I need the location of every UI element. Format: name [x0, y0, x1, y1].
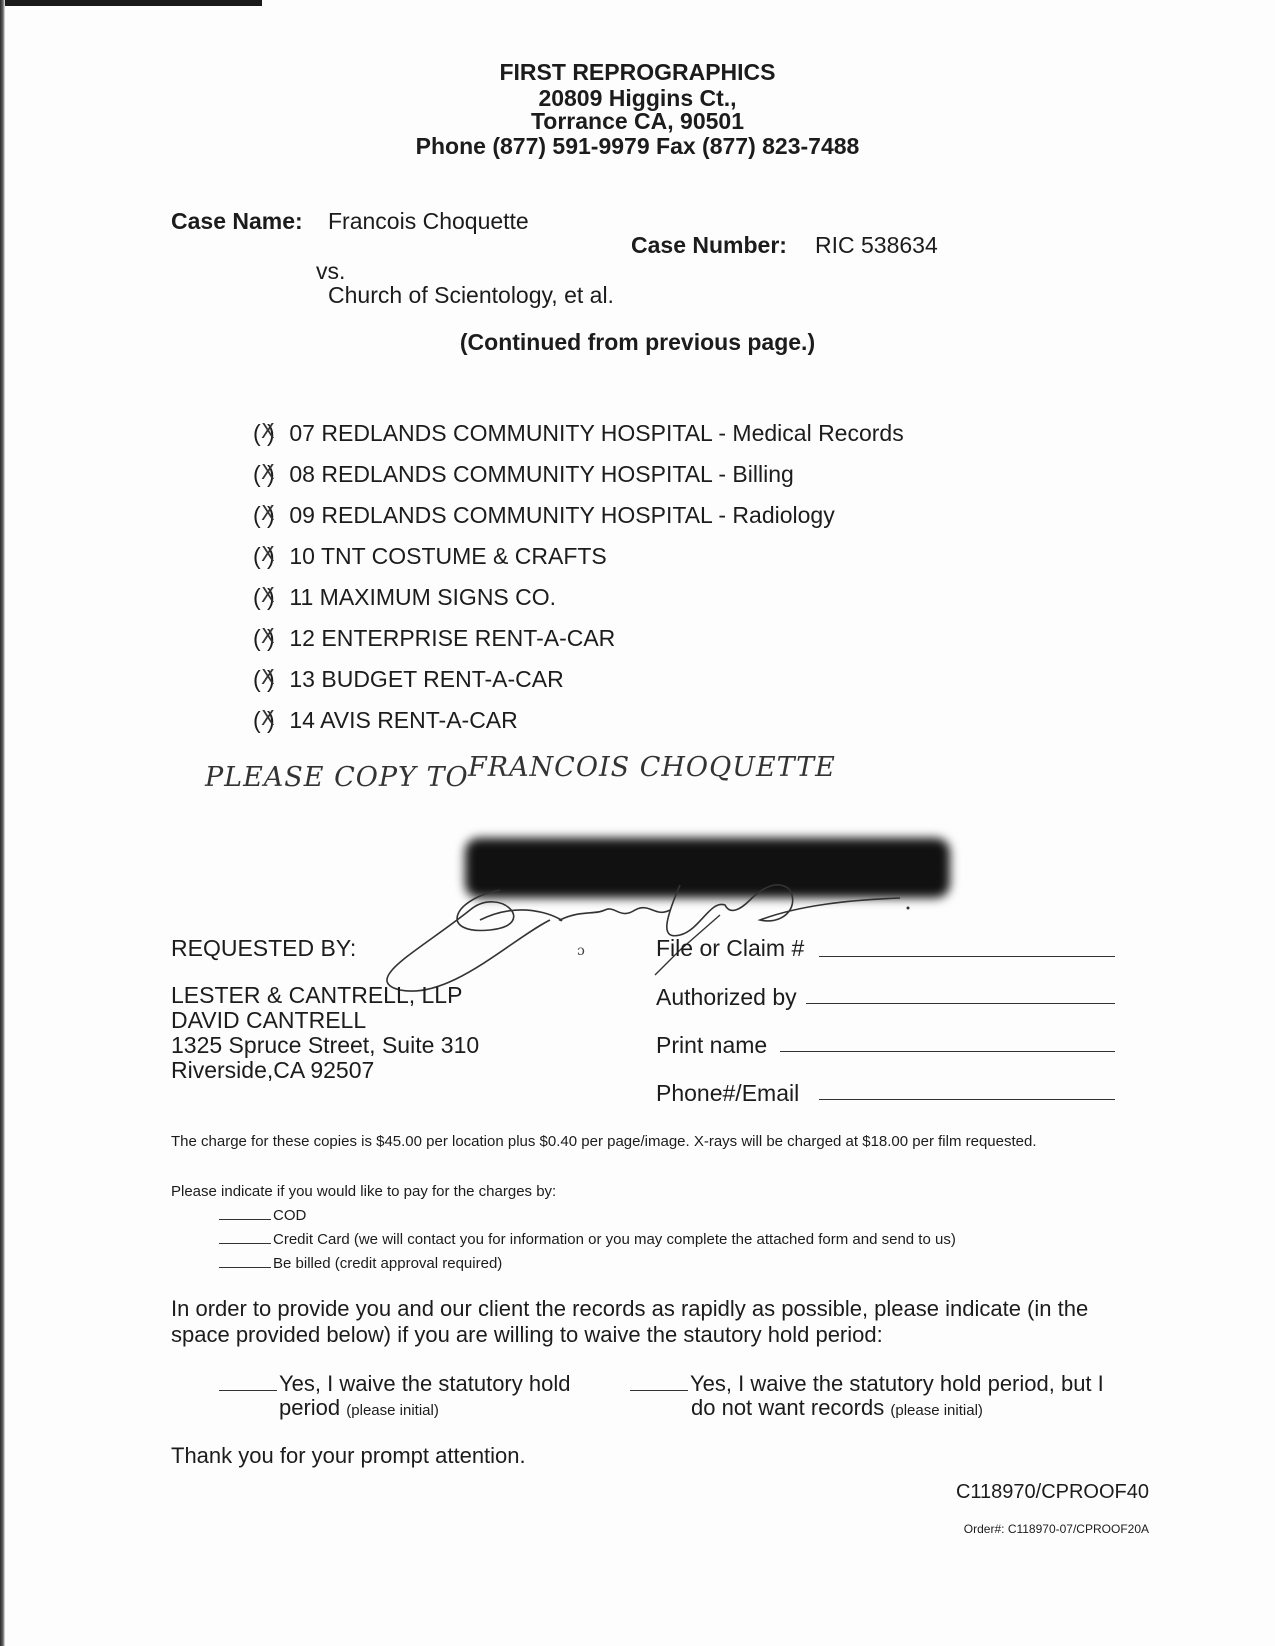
location-item: ( )X 13 BUDGET RENT-A-CAR	[253, 666, 564, 693]
order-number: Order#: C118970-07/CPROOF20A	[964, 1522, 1149, 1536]
checkmark-x-icon: X	[261, 419, 275, 443]
company-name: FIRST REPROGRAPHICS	[0, 60, 1275, 85]
location-checkbox[interactable]: ( )X	[253, 584, 283, 611]
print-name-label: Print name	[656, 1032, 767, 1059]
waiver-intro-line1: In order to provide you and our client t…	[171, 1295, 1088, 1323]
payment-billed-label: Be billed (credit approval required)	[273, 1255, 502, 1272]
location-checkbox[interactable]: ( )X	[253, 420, 283, 447]
svg-text:ɔ: ɔ	[577, 943, 585, 959]
checkmark-x-icon: X	[261, 542, 275, 566]
location-label: 10 TNT COSTUME & CRAFTS	[289, 543, 606, 569]
payment-credit-label: Credit Card (we will contact you for inf…	[273, 1231, 956, 1248]
charges-text: The charge for these copies is $45.00 pe…	[171, 1133, 1037, 1150]
location-item: ( )X 09 REDLANDS COMMUNITY HOSPITAL - Ra…	[253, 502, 835, 529]
requester-city: Riverside,CA 92507	[171, 1058, 479, 1083]
location-label: 14 AVIS RENT-A-CAR	[289, 707, 517, 733]
payment-cod-blank[interactable]	[219, 1219, 271, 1220]
print-name-field[interactable]	[780, 1051, 1115, 1052]
payment-option-cod[interactable]: COD	[219, 1207, 306, 1224]
waiver-option-1-blank[interactable]	[219, 1390, 277, 1391]
location-label: 12 ENTERPRISE RENT-A-CAR	[289, 625, 615, 651]
requester-block: LESTER & CANTRELL, LLP DAVID CANTRELL 13…	[171, 983, 479, 1083]
company-contact: Phone (877) 591-9979 Fax (877) 823-7488	[0, 134, 1275, 159]
payment-prompt: Please indicate if you would like to pay…	[171, 1183, 556, 1200]
location-label: 09 REDLANDS COMMUNITY HOSPITAL - Radiolo…	[289, 502, 834, 528]
location-item: ( )X 07 REDLANDS COMMUNITY HOSPITAL - Me…	[253, 420, 904, 447]
payment-billed-blank[interactable]	[219, 1267, 271, 1268]
case-name-label: Case Name:	[171, 208, 303, 235]
case-number: RIC 538634	[815, 232, 938, 259]
location-label: 07 REDLANDS COMMUNITY HOSPITAL - Medical…	[289, 420, 903, 446]
waiver-option-1-period: period	[279, 1395, 340, 1420]
location-checkbox[interactable]: ( )X	[253, 543, 283, 570]
company-address-line2: Torrance CA, 90501	[0, 109, 1275, 134]
waiver-option-2-initial-note: (please initial)	[890, 1402, 983, 1419]
location-checkbox[interactable]: ( )X	[253, 461, 283, 488]
authorized-by-field[interactable]	[806, 1003, 1115, 1004]
requester-firm: LESTER & CANTRELL, LLP	[171, 983, 479, 1008]
location-label: 13 BUDGET RENT-A-CAR	[289, 666, 563, 692]
case-number-label: Case Number:	[631, 232, 787, 259]
location-item: ( )X 14 AVIS RENT-A-CAR	[253, 707, 518, 734]
location-checkbox[interactable]: ( )X	[253, 666, 283, 693]
checkmark-x-icon: X	[261, 706, 275, 730]
scan-edge-top	[0, 0, 262, 6]
location-item: ( )X 08 REDLANDS COMMUNITY HOSPITAL - Bi…	[253, 461, 794, 488]
payment-cod-label: COD	[273, 1207, 306, 1224]
authorized-by-label: Authorized by	[656, 984, 797, 1011]
phone-email-label: Phone#/Email	[656, 1080, 799, 1107]
phone-email-field[interactable]	[819, 1099, 1115, 1100]
waiver-option-2-line2: do not want records (please initial)	[691, 1394, 983, 1425]
waiver-option-1-text: Yes, I waive the statutory hold	[279, 1371, 570, 1396]
location-checkbox[interactable]: ( )X	[253, 502, 283, 529]
location-checkbox[interactable]: ( )X	[253, 707, 283, 734]
waiver-option-2-blank[interactable]	[630, 1390, 688, 1391]
waiver-intro-line2: space provided below) if you are willing…	[171, 1321, 883, 1349]
checkmark-x-icon: X	[261, 665, 275, 689]
payment-credit-blank[interactable]	[219, 1243, 271, 1244]
file-claim-label: File or Claim #	[656, 935, 804, 962]
checkmark-x-icon: X	[261, 501, 275, 525]
waiver-option-2-text: Yes, I waive the statutory hold period, …	[690, 1371, 1104, 1396]
file-claim-field[interactable]	[819, 956, 1115, 957]
location-item: ( )X 12 ENTERPRISE RENT-A-CAR	[253, 625, 615, 652]
payment-option-billed[interactable]: Be billed (credit approval required)	[219, 1255, 502, 1272]
case-plaintiff: Francois Choquette	[328, 208, 529, 235]
checkmark-x-icon: X	[261, 624, 275, 648]
location-checkbox[interactable]: ( )X	[253, 625, 283, 652]
location-label: 11 MAXIMUM SIGNS CO.	[289, 584, 556, 610]
checkmark-x-icon: X	[261, 583, 275, 607]
payment-option-credit-card[interactable]: Credit Card (we will contact you for inf…	[219, 1231, 956, 1248]
waiver-option-2-records: do not want records	[691, 1395, 884, 1420]
location-label: 08 REDLANDS COMMUNITY HOSPITAL - Billing	[289, 461, 793, 487]
handwritten-note-name: FRANCOIS CHOQUETTE	[468, 752, 836, 783]
location-item: ( )X 11 MAXIMUM SIGNS CO.	[253, 584, 556, 611]
closing-text: Thank you for your prompt attention.	[171, 1442, 526, 1470]
scan-edge-left	[0, 0, 5, 1646]
requested-by-label: REQUESTED BY:	[171, 935, 356, 962]
case-vs: vs.	[316, 258, 345, 285]
requester-street: 1325 Spruce Street, Suite 310	[171, 1033, 479, 1058]
waiver-option-1-initial-note: (please initial)	[346, 1402, 439, 1419]
checkmark-x-icon: X	[261, 460, 275, 484]
waiver-option-1-line2: period (please initial)	[279, 1394, 439, 1425]
handwritten-note-prefix: PLEASE COPY TO	[205, 762, 469, 793]
document-code: C118970/CPROOF40	[956, 1481, 1149, 1504]
location-item: ( )X 10 TNT COSTUME & CRAFTS	[253, 543, 607, 570]
requester-attorney: DAVID CANTRELL	[171, 1008, 479, 1033]
case-defendant: Church of Scientology, et al.	[328, 282, 614, 309]
continued-note: (Continued from previous page.)	[0, 330, 1275, 355]
